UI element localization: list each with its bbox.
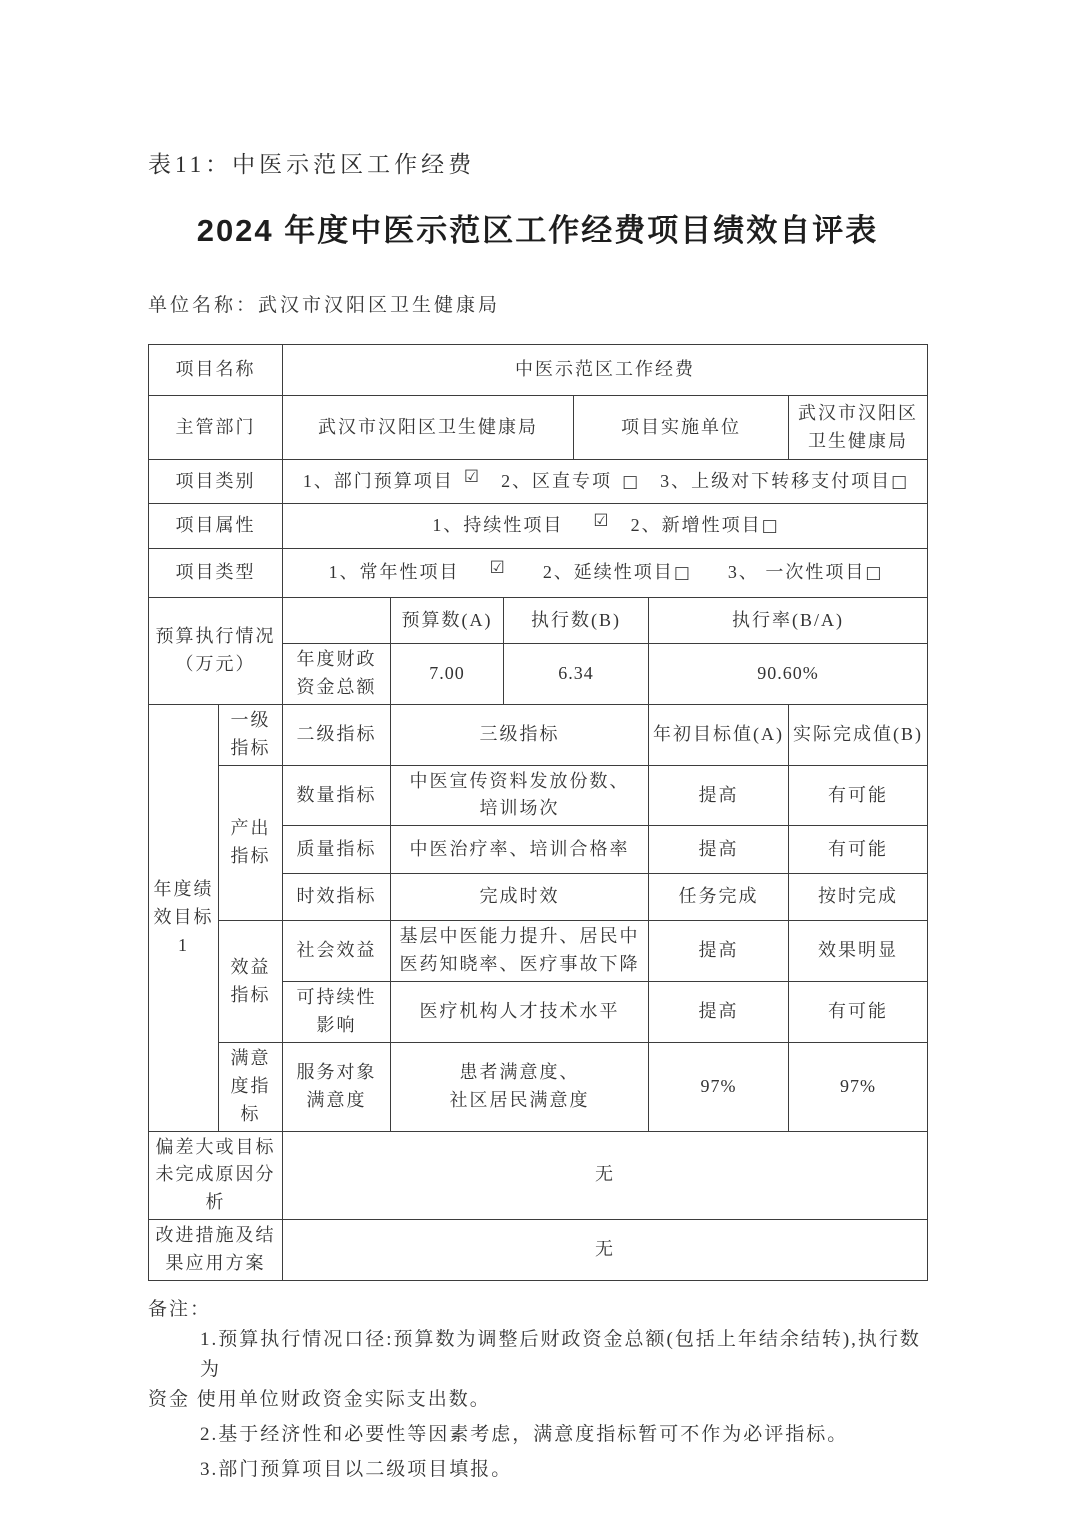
performance-section-label: 年度绩效目标1 bbox=[149, 704, 219, 1131]
row-deviation: 偏差大或目标未完成原因分析 无 bbox=[149, 1131, 928, 1220]
indicator-target: 提高 bbox=[649, 826, 789, 874]
budget-value-a: 7.00 bbox=[391, 644, 504, 705]
indicator-l3: 中医宣传资料发放份数、 培训场次 bbox=[391, 765, 649, 826]
indicator-actual: 有可能 bbox=[789, 765, 928, 826]
dept-value: 武汉市汉阳区卫生健康局 bbox=[283, 396, 574, 460]
header-l2: 二级指标 bbox=[283, 704, 391, 765]
header-l1: 一级指标 bbox=[219, 704, 283, 765]
doc-label: 表11：中医示范区工作经费 bbox=[148, 146, 927, 179]
row-project-name: 项目名称 中医示范区工作经费 bbox=[149, 345, 928, 396]
indicator-actual: 97% bbox=[789, 1042, 928, 1131]
row-budget-header: 预算执行情况（万元） 预算数(A) 执行数(B) 执行率(B/A) bbox=[149, 598, 928, 644]
budget-value-rate: 90.60% bbox=[649, 644, 928, 705]
category-label: 项目类别 bbox=[149, 460, 283, 504]
indicator-l2: 数量指标 bbox=[283, 765, 391, 826]
checkbox-checked-icon: ☑ bbox=[464, 467, 479, 487]
indicator-l2: 社会效益 bbox=[283, 921, 391, 982]
group-satisfaction: 满意度指标 bbox=[219, 1042, 283, 1131]
category-option-3: 3、上级对下转移支付项目 bbox=[660, 471, 891, 491]
notes-label: 备注： bbox=[148, 1295, 927, 1325]
deviation-value: 无 bbox=[283, 1131, 928, 1220]
indicator-l2: 可持续性影响 bbox=[283, 982, 391, 1043]
notes-section: 备注： 1.预算执行情况口径:预算数为调整后财政资金总额(包括上年结余结转),执… bbox=[148, 1295, 927, 1485]
indicator-l3-line2: 培训场次 bbox=[395, 795, 644, 823]
budget-col-rate: 执行率(B/A) bbox=[649, 598, 928, 644]
budget-col-b: 执行数(B) bbox=[504, 598, 649, 644]
category-options: 1、部门预算项目☑2、区直专项□3、上级对下转移支付项目□ bbox=[283, 460, 928, 504]
row-category: 项目类别 1、部门预算项目☑2、区直专项□3、上级对下转移支付项目□ bbox=[149, 460, 928, 504]
row-indicator-header: 年度绩效目标1 一级指标 二级指标 三级指标 年初目标值(A) 实际完成值(B) bbox=[149, 704, 928, 765]
indicator-actual: 按时完成 bbox=[789, 874, 928, 921]
checkbox-unchecked-icon: □ bbox=[622, 472, 638, 492]
group-output: 产出指标 bbox=[219, 765, 283, 921]
type-option-3: 3、 一次性项目 bbox=[728, 562, 866, 582]
indicator-target: 97% bbox=[649, 1042, 789, 1131]
budget-row-label: 年度财政资金总额 bbox=[283, 644, 391, 705]
improvement-value: 无 bbox=[283, 1220, 928, 1281]
checkbox-checked-icon: ☑ bbox=[593, 511, 608, 531]
impl-unit-label: 项目实施单位 bbox=[574, 396, 789, 460]
header-l3: 三级指标 bbox=[391, 704, 649, 765]
type-options: 1、常年性项目☑2、延续性项目□3、 一次性项目□ bbox=[283, 549, 928, 598]
indicator-l2: 时效指标 bbox=[283, 874, 391, 921]
impl-unit-value: 武汉市汉阳区卫生健康局 bbox=[789, 396, 928, 460]
project-name-value: 中医示范区工作经费 bbox=[283, 345, 928, 396]
indicator-l2: 服务对象满意度 bbox=[283, 1042, 391, 1131]
checkbox-unchecked-icon: □ bbox=[891, 472, 907, 492]
indicator-target: 任务完成 bbox=[649, 874, 789, 921]
indicator-l3: 中医治疗率、培训合格率 bbox=[391, 826, 649, 874]
budget-col-a: 预算数(A) bbox=[391, 598, 504, 644]
budget-value-b: 6.34 bbox=[504, 644, 649, 705]
type-label: 项目类型 bbox=[149, 549, 283, 598]
type-option-2: 2、延续性项目 bbox=[543, 562, 674, 582]
indicator-l3-line1: 中医宣传资料发放份数、 bbox=[395, 768, 644, 796]
indicator-actual: 有可能 bbox=[789, 982, 928, 1043]
row-improvement: 改进措施及结果应用方案 无 bbox=[149, 1220, 928, 1281]
page-title: 2024 年度中医示范区工作经费项目绩效自评表 bbox=[148, 205, 927, 250]
indicator-l2: 质量指标 bbox=[283, 826, 391, 874]
checkbox-unchecked-icon: □ bbox=[865, 563, 881, 583]
indicator-l3: 医疗机构人才技术水平 bbox=[391, 982, 649, 1043]
deviation-label: 偏差大或目标未完成原因分析 bbox=[149, 1131, 283, 1220]
row-indicator-satisfaction: 满意度指标 服务对象满意度 患者满意度、 社区居民满意度 97% 97% bbox=[149, 1042, 928, 1131]
row-dept: 主管部门 武汉市汉阳区卫生健康局 项目实施单位 武汉市汉阳区卫生健康局 bbox=[149, 396, 928, 460]
row-type: 项目类型 1、常年性项目☑2、延续性项目□3、 一次性项目□ bbox=[149, 549, 928, 598]
attribute-options: 1、持续性项目☑2、新增性项目□ bbox=[283, 504, 928, 549]
project-name-label: 项目名称 bbox=[149, 345, 283, 396]
category-option-1: 1、部门预算项目 bbox=[303, 471, 454, 491]
row-indicator-social: 效益指标 社会效益 基层中医能力提升、居民中医药知晓率、医疗事故下降 提高 效果… bbox=[149, 921, 928, 982]
checkbox-checked-icon: ☑ bbox=[490, 558, 505, 578]
indicator-actual: 有可能 bbox=[789, 826, 928, 874]
note-1-line-2: 资金 使用单位财政资金实际支出数。 bbox=[148, 1385, 927, 1415]
row-indicator-quantity: 产出指标 数量指标 中医宣传资料发放份数、 培训场次 提高 有可能 bbox=[149, 765, 928, 826]
improvement-label: 改进措施及结果应用方案 bbox=[149, 1220, 283, 1281]
budget-section-label: 预算执行情况（万元） bbox=[149, 598, 283, 705]
indicator-l3-line1: 患者满意度、 bbox=[395, 1059, 644, 1087]
budget-empty-cell bbox=[283, 598, 391, 644]
header-target: 年初目标值(A) bbox=[649, 704, 789, 765]
dept-label: 主管部门 bbox=[149, 396, 283, 460]
attribute-label: 项目属性 bbox=[149, 504, 283, 549]
indicator-actual: 效果明显 bbox=[789, 921, 928, 982]
indicator-target: 提高 bbox=[649, 921, 789, 982]
group-benefit: 效益指标 bbox=[219, 921, 283, 1043]
document-page: 表11：中医示范区工作经费 2024 年度中医示范区工作经费项目绩效自评表 单位… bbox=[0, 0, 1069, 1514]
note-3: 3.部门预算项目以二级项目填报。 bbox=[148, 1455, 927, 1485]
indicator-l3: 患者满意度、 社区居民满意度 bbox=[391, 1042, 649, 1131]
note-2: 2.基于经济性和必要性等因素考虑，满意度指标暂可不作为必评指标。 bbox=[148, 1420, 927, 1450]
indicator-l3-line2: 社区居民满意度 bbox=[395, 1087, 644, 1115]
row-attribute: 项目属性 1、持续性项目☑2、新增性项目□ bbox=[149, 504, 928, 549]
type-option-1: 1、常年性项目 bbox=[329, 562, 460, 582]
indicator-target: 提高 bbox=[649, 765, 789, 826]
unit-name-line: 单位名称：武汉市汉阳区卫生健康局 bbox=[148, 290, 927, 317]
indicator-l3: 基层中医能力提升、居民中医药知晓率、医疗事故下降 bbox=[391, 921, 649, 982]
indicator-target: 提高 bbox=[649, 982, 789, 1043]
category-option-2: 2、区直专项 bbox=[501, 471, 612, 491]
attribute-option-1: 1、持续性项目 bbox=[432, 515, 563, 535]
evaluation-table: 项目名称 中医示范区工作经费 主管部门 武汉市汉阳区卫生健康局 项目实施单位 武… bbox=[148, 344, 928, 1281]
attribute-option-2: 2、新增性项目 bbox=[631, 515, 762, 535]
checkbox-unchecked-icon: □ bbox=[762, 516, 778, 536]
checkbox-unchecked-icon: □ bbox=[674, 563, 690, 583]
indicator-l3: 完成时效 bbox=[391, 874, 649, 921]
note-1-line-1: 1.预算执行情况口径:预算数为调整后财政资金总额(包括上年结余结转),执行数为 bbox=[148, 1325, 927, 1385]
header-actual: 实际完成值(B) bbox=[789, 704, 928, 765]
